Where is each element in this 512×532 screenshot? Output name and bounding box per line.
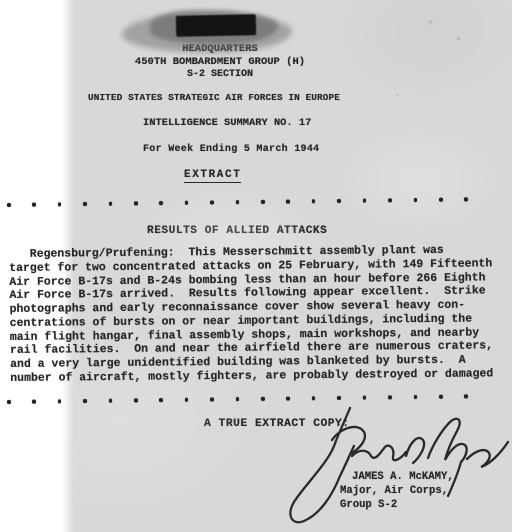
redaction-bar xyxy=(176,14,256,37)
asterisk-separator xyxy=(7,196,468,208)
body-paragraph: Regensburg/Prufening: This Messerschmitt… xyxy=(9,243,510,385)
separator-dot xyxy=(286,200,290,204)
separator-dot xyxy=(337,199,341,203)
separator-dot xyxy=(388,199,392,203)
separator-dot xyxy=(58,400,62,404)
separator-dot xyxy=(439,198,443,202)
pencil-mark: + xyxy=(456,35,461,45)
separator-dot xyxy=(439,395,443,399)
scanned-document-page: { "page": { "paper_color": "#d8d8d8", "i… xyxy=(0,0,512,532)
separator-dot xyxy=(159,201,163,205)
separator-dot xyxy=(58,203,62,207)
separator-dot xyxy=(337,396,341,400)
separator-dot xyxy=(312,199,316,203)
separator-dot xyxy=(134,202,138,206)
separator-dot xyxy=(185,201,189,205)
separator-dot xyxy=(413,198,417,202)
separator-dot xyxy=(7,203,11,207)
separator-dot xyxy=(109,399,113,403)
extract-label: EXTRACT xyxy=(184,169,241,183)
pencil-mark: . xyxy=(395,89,400,99)
separator-dot xyxy=(413,395,417,399)
separator-dot xyxy=(210,398,214,402)
separator-dot xyxy=(185,398,189,402)
separator-dot xyxy=(363,396,367,400)
separator-dot xyxy=(464,198,468,202)
separator-dot xyxy=(159,398,163,402)
separator-dot xyxy=(32,400,36,404)
separator-dot xyxy=(236,200,240,204)
separator-dot xyxy=(83,399,87,403)
separator-dot xyxy=(363,199,367,203)
separator-dot xyxy=(312,396,316,400)
separator-dot xyxy=(236,397,240,401)
week-ending-line: For Week Ending 5 March 1944 xyxy=(143,144,319,155)
pencil-mark: + xyxy=(428,18,433,28)
letterhead-group: 450TH BOMBARDMENT GROUP (H) xyxy=(100,56,340,68)
separator-dot xyxy=(7,400,11,404)
separator-dot xyxy=(32,203,36,207)
separator-dot xyxy=(464,395,468,399)
separator-dot xyxy=(210,201,214,205)
handwritten-signature xyxy=(270,402,512,530)
summary-title: INTELLIGENCE SUMMARY NO. 17 xyxy=(143,117,311,129)
separator-dot xyxy=(388,396,392,400)
separator-dot xyxy=(286,397,290,401)
separator-dot xyxy=(109,202,113,206)
separator-dot xyxy=(261,200,265,204)
separator-dot xyxy=(83,202,87,206)
letterhead-section: S-2 SECTION xyxy=(100,69,340,80)
separator-dot xyxy=(134,399,138,403)
letterhead-organization: UNITED STATES STRATEGIC AIR FORCES IN EU… xyxy=(88,92,340,103)
separator-dot xyxy=(261,397,265,401)
section-heading: RESULTS OF ALLIED ATTACKS xyxy=(147,225,327,237)
